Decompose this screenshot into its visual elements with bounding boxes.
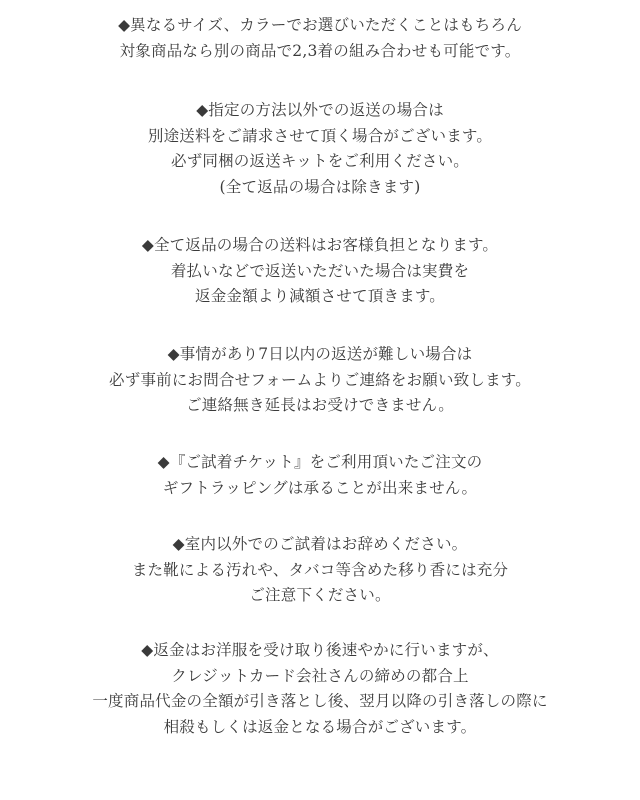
notice-line: 必ず同梱の返送キットをご利用ください。 [0,149,640,175]
notice-line: ◆異なるサイズ、カラーでお選びいただくことはもちろん [0,13,640,39]
notice-line: ◆室内以外でのご試着はお辞めください。 [0,532,640,558]
notice-line: ◆『ご試着チケット』をご利用頂いたご注文の [0,450,640,476]
notice-line: 対象商品なら別の商品で2,3着の組み合わせも可能です。 [0,39,640,65]
notice-line: ご注意下ください。 [0,583,640,609]
notice-line: ギフトラッピングは承ることが出来ません。 [0,476,640,502]
notice-refund-credit-card: ◆返金はお洋服を受け取り後速やかに行いますが、 クレジットカード会社さんの締めの… [0,638,640,740]
notice-full-return-shipping: ◆全て返品の場合の送料はお客様負担となります。 着払いなどで返送いただいた場合は… [0,233,640,310]
notice-line: ご連絡無き延長はお受けできません。 [0,393,640,419]
notice-line: ◆返金はお洋服を受け取り後速やかに行いますが、 [0,638,640,664]
notice-line: (全て返品の場合は除きます) [0,175,640,201]
notice-line: クレジットカード会社さんの締めの都合上 [0,664,640,690]
notice-return-deadline: ◆事情があり7日以内の返送が難しい場合は 必ず事前にお問合せフォームよりご連絡を… [0,342,640,419]
notice-return-method: ◆指定の方法以外での返送の場合は 別途送料をご請求させて頂く場合がございます。 … [0,98,640,200]
notice-line: 相殺もしくは返金となる場合がございます。 [0,715,640,741]
notice-line: ◆指定の方法以外での返送の場合は [0,98,640,124]
notice-line: 一度商品代金の全額が引き落とし後、翌月以降の引き落しの際に [0,689,640,715]
notice-size-color-combination: ◆異なるサイズ、カラーでお選びいただくことはもちろん 対象商品なら別の商品で2,… [0,13,640,64]
notice-line: ◆事情があり7日以内の返送が難しい場合は [0,342,640,368]
notice-line: ◆全て返品の場合の送料はお客様負担となります。 [0,233,640,259]
notice-indoor-try-on: ◆室内以外でのご試着はお辞めください。 また靴による汚れや、タバコ等含めた移り香… [0,532,640,609]
notice-line: 必ず事前にお問合せフォームよりご連絡をお願い致します。 [0,368,640,394]
notice-line: 返金金額より減額させて頂きます。 [0,284,640,310]
notice-try-on-ticket-gift: ◆『ご試着チケット』をご利用頂いたご注文の ギフトラッピングは承ることが出来ませ… [0,450,640,501]
notice-line: 別途送料をご請求させて頂く場合がございます。 [0,124,640,150]
notice-line: また靴による汚れや、タバコ等含めた移り香には充分 [0,558,640,584]
notice-line: 着払いなどで返送いただいた場合は実費を [0,259,640,285]
